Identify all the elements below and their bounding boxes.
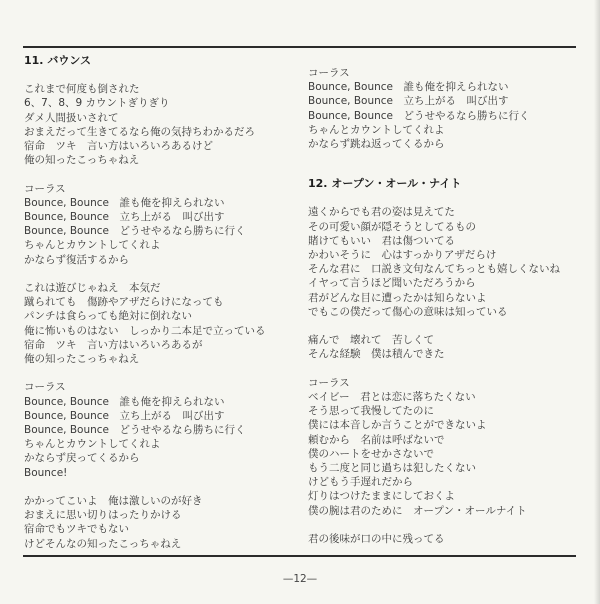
lyric-line: コーラス	[308, 376, 560, 390]
lyrics-body-12: 遠くからでも君の姿は見えてたその可愛い顔が隠そうとしてるもの賭けてもいい 君は傷…	[308, 205, 560, 546]
lyric-line: コーラス	[24, 380, 266, 394]
stanza: コーラスBounce, Bounce 誰も俺を抑えられないBounce, Bou…	[308, 66, 560, 151]
lyric-line: 僕には本音しか言うことができないよ	[308, 418, 560, 432]
lyric-line: そう思って我慢してたのに	[308, 404, 560, 418]
lyric-line: 宿命でもツキでもない	[24, 522, 266, 536]
lyric-line: かならず戻ってくるから	[24, 451, 266, 465]
lyric-line: ダメ人間扱いされて	[24, 111, 266, 125]
top-rule	[23, 46, 576, 48]
song-title-12: 12. オープン・オール・ナイト	[308, 177, 560, 191]
lyric-line: 僕の腕は君のために オープン・オールナイト	[308, 504, 560, 518]
lyric-line: 宿命 ツキ 言い方はいろいろあるが	[24, 338, 266, 352]
lyric-line: これは遊びじゃねえ 本気だ	[24, 281, 266, 295]
lyric-line: 賭けてもいい 君は傷ついてる	[308, 234, 560, 248]
lyric-line: かわいそうに 心はすっかりアザだらけ	[308, 248, 560, 262]
lyrics-continuation-11: コーラスBounce, Bounce 誰も俺を抑えられないBounce, Bou…	[308, 66, 560, 151]
stanza: これまで何度も倒された6、7、8、9 カウントぎりぎりダメ人間扱いされておまえだ…	[24, 82, 266, 167]
lyric-line: イヤって言うほど聞いただろうから	[308, 276, 560, 290]
stanza: かかってこいよ 俺は激しいのが好きおまえに思い切りはったりかける宿命でもツキでも…	[24, 494, 266, 551]
lyric-line: 僕のハートをせかさないで	[308, 447, 560, 461]
lyric-line: 6、7、8、9 カウントぎりぎり	[24, 96, 266, 110]
lyric-line: Bounce, Bounce 誰も俺を抑えられない	[24, 196, 266, 210]
bottom-rule	[23, 555, 576, 557]
lyric-line: 頼むから 名前は呼ばないで	[308, 433, 560, 447]
lyric-line: ちゃんとカウントしてくれよ	[24, 437, 266, 451]
lyric-line: 俺の知ったこっちゃねえ	[24, 153, 266, 167]
stanza: コーラスBounce, Bounce 誰も俺を抑えられないBounce, Bou…	[24, 380, 266, 479]
lyric-line: コーラス	[24, 182, 266, 196]
lyric-line: Bounce, Bounce どうせやるなら勝ちに行く	[308, 109, 560, 123]
lyric-line: 俺の知ったこっちゃねえ	[24, 352, 266, 366]
lyric-line: Bounce, Bounce 立ち上がる 叫び出す	[308, 94, 560, 108]
lyric-line: もう二度と同じ過ちは犯したくない	[308, 461, 560, 475]
right-column: コーラスBounce, Bounce 誰も俺を抑えられないBounce, Bou…	[308, 66, 560, 546]
lyric-line: コーラス	[308, 66, 560, 80]
stanza: 遠くからでも君の姿は見えてたその可愛い顔が隠そうとしてるもの賭けてもいい 君は傷…	[308, 205, 560, 319]
lyric-line: 宿命 ツキ 言い方はいろいろあるけど	[24, 139, 266, 153]
stanza: これは遊びじゃねえ 本気だ蹴られても 傷跡やアザだらけになってもパンチは食らって…	[24, 281, 266, 366]
lyric-line: 蹴られても 傷跡やアザだらけになっても	[24, 295, 266, 309]
lyric-line: Bounce, Bounce 誰も俺を抑えられない	[308, 80, 560, 94]
lyric-line: かならず復活するから	[24, 253, 266, 267]
left-column: 11. バウンス これまで何度も倒された6、7、8、9 カウントぎりぎりダメ人間…	[24, 54, 266, 551]
page-edge-shadow	[594, 0, 600, 604]
lyric-line: パンチは食らっても絶対に倒れない	[24, 309, 266, 323]
lyric-line: 痛んで 壊れて 苦しくて	[308, 333, 560, 347]
lyric-line: Bounce!	[24, 466, 266, 480]
lyric-line: これまで何度も倒された	[24, 82, 266, 96]
lyrics-body-11: これまで何度も倒された6、7、8、9 カウントぎりぎりダメ人間扱いされておまえだ…	[24, 82, 266, 551]
lyric-line: そんな君に 口説き文句なんてちっとも嬉しくないね	[308, 262, 560, 276]
lyric-line: おまえだって生きてるなら俺の気持ちわかるだろ	[24, 125, 266, 139]
lyric-line: 君がどんな目に遭ったかは知らないよ	[308, 291, 560, 305]
lyric-line: 俺に怖いものはない しっかり二本足で立っている	[24, 324, 266, 338]
lyric-line: Bounce, Bounce 立ち上がる 叫び出す	[24, 210, 266, 224]
stanza: コーラスBounce, Bounce 誰も俺を抑えられないBounce, Bou…	[24, 182, 266, 267]
song-title-11: 11. バウンス	[24, 54, 266, 68]
lyric-line: でもこの僕だって傷心の意味は知っている	[308, 305, 560, 319]
lyric-line: その可愛い顔が隠そうとしてるもの	[308, 220, 560, 234]
lyric-line: 君の後味が口の中に残ってる	[308, 532, 560, 546]
lyric-line: おまえに思い切りはったりかける	[24, 508, 266, 522]
lyric-line: かかってこいよ 俺は激しいのが好き	[24, 494, 266, 508]
lyric-line: ちゃんとカウントしてくれよ	[24, 238, 266, 252]
stanza: 痛んで 壊れて 苦しくてそんな経験 僕は積んできた	[308, 333, 560, 361]
lyric-line: 遠くからでも君の姿は見えてた	[308, 205, 560, 219]
stanza: 君の後味が口の中に残ってる	[308, 532, 560, 546]
lyric-line: けどもう手遅れだから	[308, 475, 560, 489]
lyric-line: Bounce, Bounce どうせやるなら勝ちに行く	[24, 224, 266, 238]
lyric-line: かならず跳ね返ってくるから	[308, 137, 560, 151]
lyric-line: ちゃんとカウントしてくれよ	[308, 123, 560, 137]
lyric-line: Bounce, Bounce 誰も俺を抑えられない	[24, 395, 266, 409]
lyric-line: そんな経験 僕は積んできた	[308, 347, 560, 361]
stanza: コーラスベイビー 君とは恋に落ちたくないそう思って我慢してたのに僕には本音しか言…	[308, 376, 560, 518]
lyric-line: Bounce, Bounce どうせやるなら勝ちに行く	[24, 423, 266, 437]
lyric-line: Bounce, Bounce 立ち上がる 叫び出す	[24, 409, 266, 423]
lyric-line: ベイビー 君とは恋に落ちたくない	[308, 390, 560, 404]
lyric-line: 灯りはつけたままにしておくよ	[308, 489, 560, 503]
page-number: —12—	[0, 573, 600, 585]
lyric-line: けどそんなの知ったこっちゃねえ	[24, 537, 266, 551]
